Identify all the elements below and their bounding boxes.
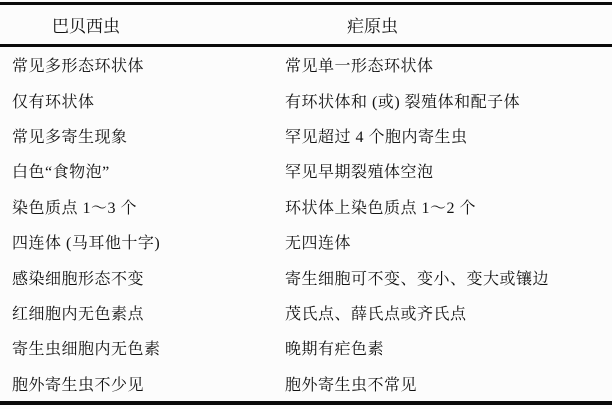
table-row: 红细胞内无色素点 茂氏点、薛氏点或齐氏点 [0, 295, 612, 330]
babesia-cell: 红细胞内无色素点 [0, 301, 280, 324]
table-row: 四连体 (马耳他十字) 无四连体 [0, 224, 612, 259]
plasmodium-cell: 常见单一形态环状体 [280, 53, 612, 76]
babesia-cell: 胞外寄生虫不少见 [0, 372, 280, 395]
plasmodium-cell: 环状体上染色质点 1～2 个 [280, 195, 612, 218]
babesia-cell: 寄生虫细胞内无色素 [0, 336, 280, 359]
plasmodium-cell: 茂氏点、薛氏点或齐氏点 [280, 301, 612, 324]
scanned-table-page: 巴贝西虫 疟原虫 常见多形态环状体 常见单一形态环状体 仅有环状体 有环状体和 … [0, 0, 612, 409]
table-row: 胞外寄生虫不少见 胞外寄生虫不常见 [0, 366, 612, 401]
table-header-row: 巴贝西虫 疟原虫 [0, 5, 612, 44]
plasmodium-cell: 有环状体和 (或) 裂殖体和配子体 [280, 89, 612, 112]
table-row: 常见多形态环状体 常见单一形态环状体 [0, 47, 612, 82]
table-row: 常见多寄生现象 罕见超过 4 个胞内寄生虫 [0, 118, 612, 153]
babesia-cell: 染色质点 1～3 个 [0, 195, 280, 218]
babesia-cell: 四连体 (马耳他十字) [0, 230, 280, 253]
table-bottom-rule [0, 401, 612, 405]
babesia-cell: 感染细胞形态不变 [0, 266, 280, 289]
header-plasmodium: 疟原虫 [280, 12, 612, 37]
plasmodium-cell: 罕见早期裂殖体空泡 [280, 159, 612, 182]
babesia-cell: 白色“食物泡” [0, 159, 280, 182]
plasmodium-cell: 胞外寄生虫不常见 [280, 372, 612, 395]
plasmodium-cell: 罕见超过 4 个胞内寄生虫 [280, 124, 612, 147]
plasmodium-cell: 无四连体 [280, 230, 612, 253]
table-row: 染色质点 1～3 个 环状体上染色质点 1～2 个 [0, 189, 612, 224]
table-row: 寄生虫细胞内无色素 晚期有疟色素 [0, 330, 612, 365]
table-row: 感染细胞形态不变 寄生细胞可不变、变小、变大或镶边 [0, 259, 612, 294]
comparison-table: 巴贝西虫 疟原虫 常见多形态环状体 常见单一形态环状体 仅有环状体 有环状体和 … [0, 2, 612, 405]
plasmodium-cell: 晚期有疟色素 [280, 336, 612, 359]
table-body: 常见多形态环状体 常见单一形态环状体 仅有环状体 有环状体和 (或) 裂殖体和配… [0, 47, 612, 401]
header-babesia: 巴贝西虫 [0, 12, 280, 37]
babesia-cell: 仅有环状体 [0, 89, 280, 112]
table-row: 白色“食物泡” 罕见早期裂殖体空泡 [0, 153, 612, 188]
babesia-cell: 常见多寄生现象 [0, 124, 280, 147]
babesia-cell: 常见多形态环状体 [0, 53, 280, 76]
plasmodium-cell: 寄生细胞可不变、变小、变大或镶边 [280, 266, 612, 289]
table-row: 仅有环状体 有环状体和 (或) 裂殖体和配子体 [0, 82, 612, 117]
